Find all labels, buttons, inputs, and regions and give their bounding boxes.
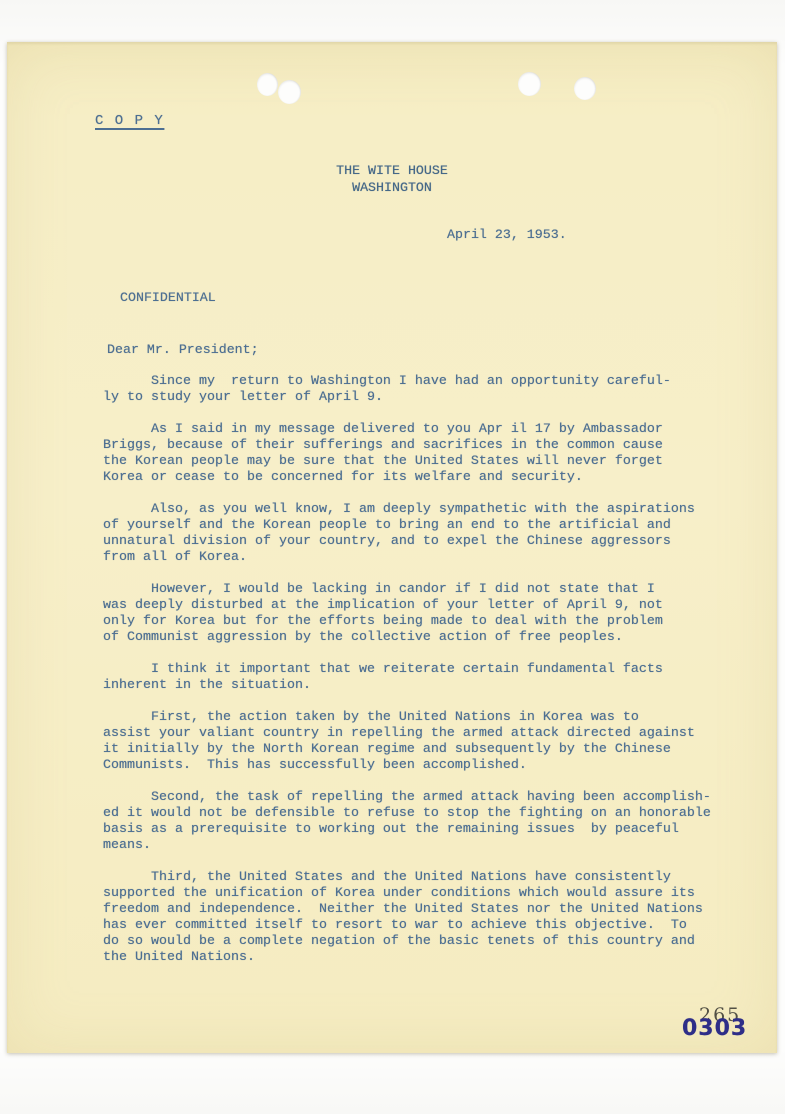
paragraph: As I said in my message delivered to you… (103, 422, 743, 486)
date-line: April 23, 1953. (447, 227, 567, 242)
letterhead-line1: THE WITE HOUSE (7, 162, 777, 179)
hole-punch-icon (574, 77, 596, 100)
paragraph: However, I would be lacking in candor if… (103, 582, 743, 646)
salutation: Dear Mr. President; (107, 342, 259, 357)
paragraph: Since my return to Washington I have had… (103, 374, 743, 406)
document-paper: C O P Y THE WITE HOUSE WASHINGTON April … (7, 42, 777, 1053)
hole-punch-icon (257, 73, 278, 96)
paragraph: Also, as you well know, I am deeply symp… (103, 502, 743, 566)
letterhead: THE WITE HOUSE WASHINGTON (7, 162, 777, 196)
letterhead-line2: WASHINGTON (7, 179, 777, 196)
paragraph: Third, the United States and the United … (103, 870, 743, 966)
hole-punch-icon (518, 72, 541, 96)
scan-background: { "colors": { "paper": "#f6eec6", "ink":… (0, 0, 785, 1114)
archive-number-stamp: 0303 (682, 1016, 747, 1041)
hole-punch-icon (278, 80, 301, 104)
classification-label: CONFIDENTIAL (120, 290, 216, 305)
paragraph: First, the action taken by the United Na… (103, 710, 743, 774)
paragraph: Second, the task of repelling the armed … (103, 790, 743, 854)
letter-body: Since my return to Washington I have had… (103, 374, 743, 982)
paragraph: I think it important that we reiterate c… (103, 662, 743, 694)
copy-label: C O P Y (95, 113, 164, 129)
